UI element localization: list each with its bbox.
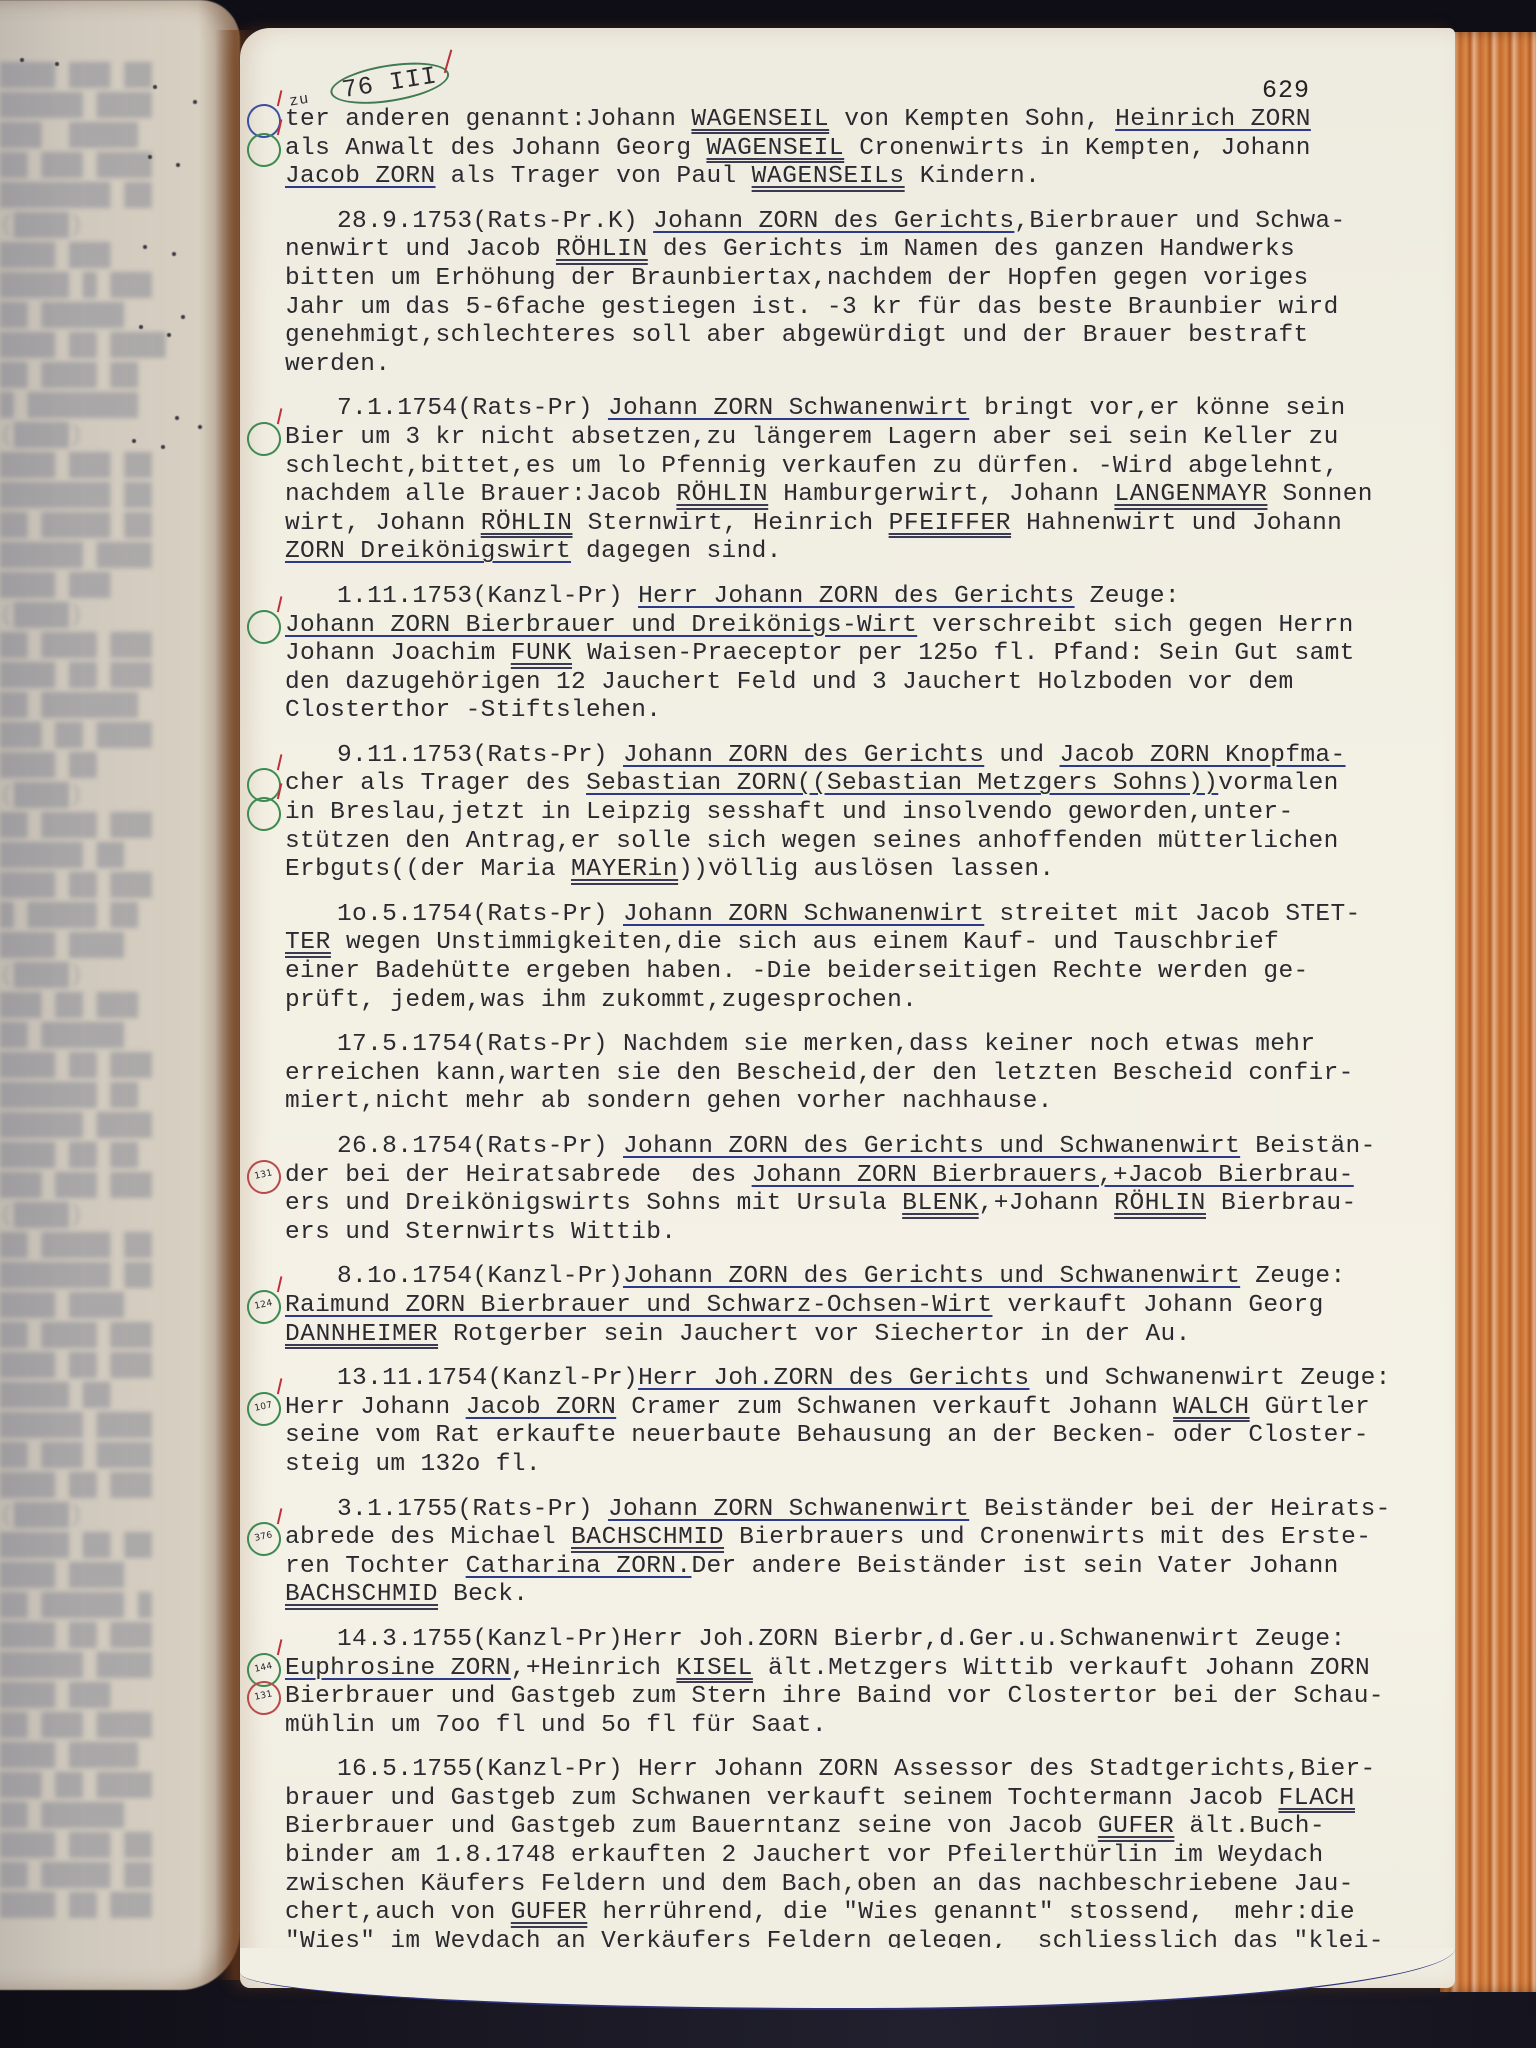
- entry-text-line: abrede des Michael BACHSCHMID Bierbrauer…: [285, 1524, 1435, 1553]
- entry-text-line: in Breslau,jetzt in Leipzig sesshaft und…: [285, 799, 1435, 828]
- entry-text-line: mühlin um 7oo fl und 5o fl für Saat.: [285, 1712, 1435, 1741]
- document-page: zu 76 III 629 ter anderen genannt:Johann…: [240, 28, 1455, 1988]
- entry-text-line: erreichen kann,warten sie den Bescheid,d…: [285, 1060, 1435, 1089]
- entry-text-line: Johann Joachim FUNK Waisen-Praeceptor pe…: [285, 640, 1435, 669]
- margin-annotation-circle: [244, 419, 284, 459]
- entry-text-line: ren Tochter Catharina ZORN.Der andere Be…: [285, 1553, 1435, 1582]
- red-check-mark-icon: [277, 1276, 283, 1292]
- entry-text-line: Erbguts((der Maria MAYERin))völlig auslö…: [285, 856, 1435, 885]
- entry-text-line: einer Badehütte ergeben haben. -Die beid…: [285, 958, 1435, 987]
- entry-e-1754-10-08: 8.1o.1754(Kanzl-Pr)Johann ZORN des Geric…: [285, 1263, 1435, 1349]
- entry-text-line: Jahr um das 5-6fache gestiegen ist. -3 k…: [285, 294, 1435, 323]
- entry-text-line: prüft, jedem,was ihm zukommt,zugesproche…: [285, 987, 1435, 1016]
- entry-cont: ter anderen genannt:Johann WAGENSEIL von…: [285, 106, 1435, 192]
- left-facing-page: ████ ███ ██ ██████ ████ ███ █████ ██ ███…: [0, 0, 240, 1990]
- margin-annotation-label: 131: [254, 1689, 274, 1703]
- red-check-mark-icon: [277, 408, 283, 424]
- margin-annotation-circle: 124: [244, 1287, 284, 1327]
- entry-text-line: Jacob ZORN als Trager von Paul WAGENSEIL…: [285, 163, 1435, 192]
- entry-text-line: als Anwalt des Johann Georg WAGENSEIL Cr…: [285, 135, 1435, 164]
- entry-heading-line: 16.5.1755(Kanzl-Pr) Herr Johann ZORN Ass…: [285, 1756, 1435, 1785]
- entry-text-line: ers und Dreikönigswirts Sohns mit Ursula…: [285, 1190, 1435, 1219]
- entry-text-line: chert,auch von GUFER herrührend, die "Wi…: [285, 1899, 1435, 1928]
- reference-tag-oval: 76 III: [328, 56, 452, 111]
- entry-e-1753-09-28: 28.9.1753(Rats-Pr.K) Johann ZORN des Ger…: [285, 208, 1435, 380]
- entry-e-1754-08-26: 26.8.1754(Rats-Pr) Johann ZORN des Geric…: [285, 1133, 1435, 1247]
- margin-annotation-circle: [244, 794, 284, 834]
- left-page-blurred-text: ████ ███ ██ ██████ ████ ███ █████ ██ ███…: [0, 60, 220, 1920]
- entry-text-line: miert,nicht mehr ab sondern gehen vorher…: [285, 1088, 1435, 1117]
- margin-annotation-label: 144: [254, 1661, 274, 1675]
- entry-e-1754-05-10: 1o.5.1754(Rats-Pr) Johann ZORN Schwanenw…: [285, 901, 1435, 1015]
- entry-heading-line: 1.11.1753(Kanzl-Pr) Herr Johann ZORN des…: [285, 583, 1435, 612]
- entry-e-1755-01-03: 3.1.1755(Rats-Pr) Johann ZORN Schwanenwi…: [285, 1496, 1435, 1610]
- entry-heading-line: 17.5.1754(Rats-Pr) Nachdem sie merken,da…: [285, 1031, 1435, 1060]
- typewritten-body: ter anderen genannt:Johann WAGENSEIL von…: [285, 106, 1435, 1991]
- entry-text-line: stützen den Antrag,er solle sich wegen s…: [285, 828, 1435, 857]
- entry-text-line: bitten um Erhöhung der Braunbiertax,nach…: [285, 265, 1435, 294]
- entry-text-line: steig um 132o fl.: [285, 1451, 1435, 1480]
- red-check-mark-icon: [277, 1508, 283, 1524]
- entry-text-line: Euphrosine ZORN,+Heinrich KISEL ält.Metz…: [285, 1655, 1435, 1684]
- entry-text-line: ZORN Dreikönigswirt dagegen sind.: [285, 538, 1435, 567]
- entry-text-line: ers und Sternwirts Wittib.: [285, 1219, 1435, 1248]
- margin-annotation-label: 124: [254, 1298, 274, 1312]
- entry-text-line: TER wegen Unstimmigkeiten,die sich aus e…: [285, 929, 1435, 958]
- entry-text-line: Johann ZORN Bierbrauer und Dreikönigs-Wi…: [285, 612, 1435, 641]
- entry-text-line: wirt, Johann RÖHLIN Sternwirt, Heinrich …: [285, 510, 1435, 539]
- entry-e-1753-11-09: 9.11.1753(Rats-Pr) Johann ZORN des Geric…: [285, 742, 1435, 885]
- entry-text-line: Bier um 3 kr nicht absetzen,zu längerem …: [285, 424, 1435, 453]
- entry-heading-line: 14.3.1755(Kanzl-Pr)Herr Joh.ZORN Bierbr,…: [285, 1626, 1435, 1655]
- entry-e-1754-01-07: 7.1.1754(Rats-Pr) Johann ZORN Schwanenwi…: [285, 395, 1435, 567]
- entry-e-1755-05-16: 16.5.1755(Kanzl-Pr) Herr Johann ZORN Ass…: [285, 1756, 1435, 1985]
- red-check-mark-icon: [277, 1378, 283, 1394]
- entry-text-line: werden.: [285, 351, 1435, 380]
- entry-text-line: ter anderen genannt:Johann WAGENSEIL von…: [285, 106, 1435, 135]
- entry-text-line: genehmigt,schlechteres soll aber abgewür…: [285, 322, 1435, 351]
- red-check-mark-icon: [277, 596, 283, 612]
- margin-annotation-circle: 131: [244, 1678, 284, 1718]
- entry-text-line: seine vom Rat erkaufte neuerbaute Behaus…: [285, 1422, 1435, 1451]
- entry-text-line: DANNHEIMER Rotgerber sein Jauchert vor S…: [285, 1321, 1435, 1350]
- entry-heading-line: 1o.5.1754(Rats-Pr) Johann ZORN Schwanenw…: [285, 901, 1435, 930]
- entry-text-line: ne Wieslin neben der "Wies",am 4.7.1738 …: [285, 1956, 1435, 1985]
- entry-heading-line: 8.1o.1754(Kanzl-Pr)Johann ZORN des Geric…: [285, 1263, 1435, 1292]
- entry-text-line: Bierbrauer und Gastgeb zum Bauerntanz se…: [285, 1813, 1435, 1842]
- entry-text-line: Bierbrauer und Gastgeb zum Stern ihre Ba…: [285, 1683, 1435, 1712]
- entry-e-1754-11-13: 13.11.1754(Kanzl-Pr)Herr Joh.ZORN des Ge…: [285, 1365, 1435, 1479]
- margin-annotation-label: 107: [254, 1400, 274, 1414]
- margin-annotation-label: 131: [254, 1168, 274, 1182]
- entry-heading-line: 13.11.1754(Kanzl-Pr)Herr Joh.ZORN des Ge…: [285, 1365, 1435, 1394]
- margin-annotation-circle: 107: [244, 1389, 284, 1429]
- margin-annotation-circle: [244, 129, 284, 169]
- entry-text-line: Closterthor -Stiftslehen.: [285, 697, 1435, 726]
- entry-e-1755-03-14: 14.3.1755(Kanzl-Pr)Herr Joh.ZORN Bierbr,…: [285, 1626, 1435, 1740]
- entry-text-line: BACHSCHMID Beck.: [285, 1581, 1435, 1610]
- margin-annotation-label: 376: [254, 1530, 274, 1544]
- red-check-mark-icon: [277, 1639, 283, 1655]
- entry-text-line: Raimund ZORN Bierbrauer und Schwarz-Ochs…: [285, 1292, 1435, 1321]
- entry-text-line: der bei der Heiratsabrede des Johann ZOR…: [285, 1162, 1435, 1191]
- entry-heading-line: 7.1.1754(Rats-Pr) Johann ZORN Schwanenwi…: [285, 395, 1435, 424]
- entry-e-1754-05-17: 17.5.1754(Rats-Pr) Nachdem sie merken,da…: [285, 1031, 1435, 1117]
- entry-heading-line: 28.9.1753(Rats-Pr.K) Johann ZORN des Ger…: [285, 208, 1435, 237]
- entry-heading-line: 3.1.1755(Rats-Pr) Johann ZORN Schwanenwi…: [285, 1496, 1435, 1525]
- entry-heading-line: 26.8.1754(Rats-Pr) Johann ZORN des Geric…: [285, 1133, 1435, 1162]
- page-header: zu 76 III 629: [240, 28, 1455, 98]
- entry-heading-line: 9.11.1753(Rats-Pr) Johann ZORN des Geric…: [285, 742, 1435, 771]
- entry-text-line: nachdem alle Brauer:Jacob RÖHLIN Hamburg…: [285, 481, 1435, 510]
- entry-text-line: Herr Johann Jacob ZORN Cramer zum Schwan…: [285, 1394, 1435, 1423]
- entry-text-line: cher als Trager des Sebastian ZORN((Seba…: [285, 770, 1435, 799]
- entry-text-line: binder am 1.8.1748 erkauften 2 Jauchert …: [285, 1842, 1435, 1871]
- margin-annotation-circle: 131: [244, 1156, 284, 1196]
- page-number: 629: [1262, 76, 1310, 105]
- red-check-mark-icon: [277, 755, 283, 771]
- entry-text-line: brauer und Gastgeb zum Schwanen verkauft…: [285, 1785, 1435, 1814]
- entry-text-line: zwischen Käufers Feldern und dem Bach,ob…: [285, 1871, 1435, 1900]
- entry-text-line: "Wies" im Weydach an Verkäufers Feldern …: [285, 1928, 1435, 1957]
- margin-annotation-circle: [244, 606, 284, 646]
- reference-tag-text: 76 III: [340, 61, 439, 105]
- entry-e-1753-11-01: 1.11.1753(Kanzl-Pr) Herr Johann ZORN des…: [285, 583, 1435, 726]
- entry-text-line: nenwirt und Jacob RÖHLIN des Gerichts im…: [285, 236, 1435, 265]
- entry-text-line: den dazugehörigen 12 Jauchert Feld und 3…: [285, 669, 1435, 698]
- margin-annotation-circle: 376: [244, 1519, 284, 1559]
- entry-text-line: schlecht,bittet,es um lo Pfennig verkauf…: [285, 453, 1435, 482]
